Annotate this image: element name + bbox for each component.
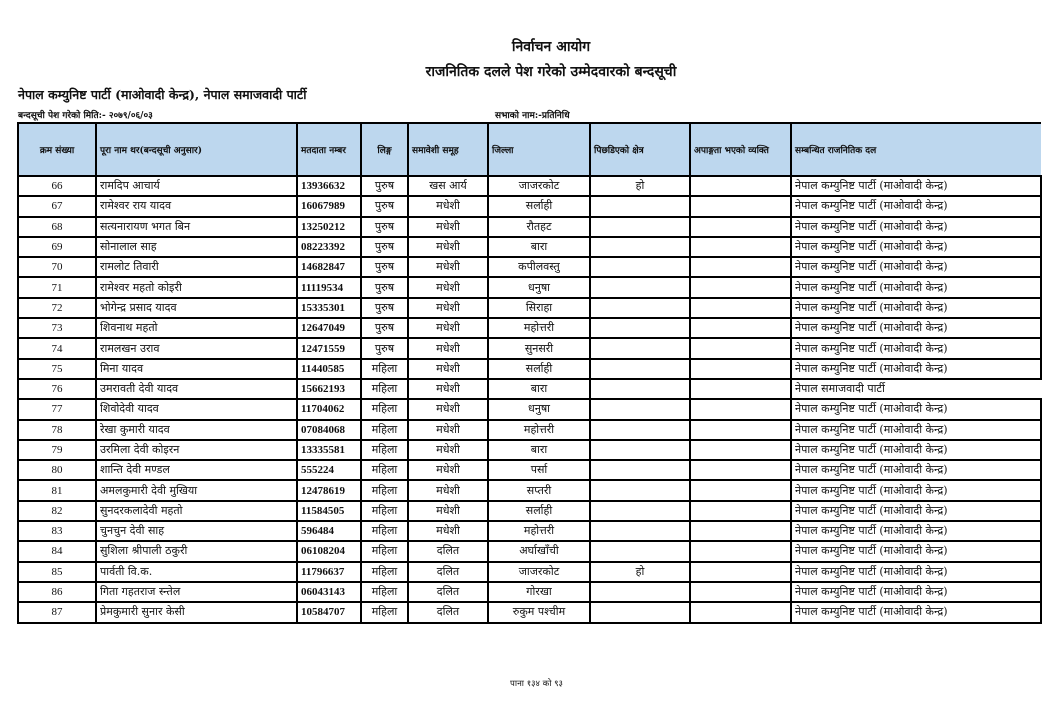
table-row: 79उरमिला देवी कोइरन13335581महिलामधेशीबार… <box>18 440 1041 460</box>
voter-number-cell: 13936632 <box>297 176 361 196</box>
serial-cell: 79 <box>18 440 96 460</box>
table-row: 86गिता गहतराज स्न्तेल06043143महिलादलितगो… <box>18 582 1041 602</box>
inclusive-group-cell: मधेशी <box>408 440 488 460</box>
serial-cell: 85 <box>18 562 96 582</box>
voter-number-cell: 10584707 <box>297 602 361 622</box>
gender-cell: महिला <box>361 521 408 541</box>
district-cell: जाजरकोट <box>488 562 590 582</box>
district-cell: बारा <box>488 379 590 399</box>
table-row: 73शिवनाथ महतो12647049पुरुषमधेशीमहोत्तरीन… <box>18 318 1041 338</box>
table-row: 66रामदिप आचार्य13936632पुरुषखस आर्यजाजरक… <box>18 176 1041 196</box>
disabled-cell <box>690 541 791 561</box>
district-cell: सिराहा <box>488 298 590 318</box>
gender-cell: महिला <box>361 460 408 480</box>
disabled-cell <box>690 237 791 257</box>
house-name: सभाको नाम:-प्रतिनिधि <box>495 108 570 121</box>
name-cell: सत्यनारायण भगत बिन <box>96 217 297 237</box>
backward-area-cell <box>590 298 690 318</box>
name-cell: प्रेमकुमारी सुनार केसी <box>96 602 297 622</box>
gender-cell: महिला <box>361 582 408 602</box>
voter-number-cell: 12471559 <box>297 338 361 358</box>
backward-area-cell <box>590 420 690 440</box>
voter-number-cell: 06108204 <box>297 541 361 561</box>
voter-number-cell: 15335301 <box>297 298 361 318</box>
gender-cell: महिला <box>361 359 408 379</box>
disabled-cell <box>690 277 791 297</box>
party-cell: नेपाल कम्युनिष्ट पार्टी (माओवादी केन्द्र… <box>791 440 1041 460</box>
voter-number-cell: 07084068 <box>297 420 361 440</box>
name-cell: रामेश्वर राय यादव <box>96 196 297 216</box>
name-cell: पार्वती वि.क. <box>96 562 297 582</box>
district-cell: पर्सा <box>488 460 590 480</box>
gender-cell: महिला <box>361 562 408 582</box>
voter-number-cell: 13335581 <box>297 440 361 460</box>
district-cell: महोत्तरी <box>488 420 590 440</box>
table-row: 81अमलकुमारी देवी मुखिया12478619महिलामधेश… <box>18 480 1041 500</box>
inclusive-group-cell: दलित <box>408 602 488 622</box>
table-row: 76उमरावती देवी यादव15662193महिलामधेशीबार… <box>18 379 1041 399</box>
disabled-cell <box>690 298 791 318</box>
table-row: 75मिना यादव11440585महिलामधेशीसर्लाहीनेपा… <box>18 359 1041 379</box>
district-cell: जाजरकोट <box>488 176 590 196</box>
backward-area-cell <box>590 399 690 419</box>
gender-cell: पुरुष <box>361 298 408 318</box>
inclusive-group-cell: मधेशी <box>408 359 488 379</box>
party-cell: नेपाल कम्युनिष्ट पार्टी (माओवादी केन्द्र… <box>791 318 1041 338</box>
column-header-voter-number: मतदाता नम्बर <box>297 123 361 176</box>
serial-cell: 67 <box>18 196 96 216</box>
serial-cell: 68 <box>18 217 96 237</box>
voter-number-cell: 555224 <box>297 460 361 480</box>
inclusive-group-cell: मधेशी <box>408 420 488 440</box>
disabled-cell <box>690 338 791 358</box>
voter-number-cell: 11440585 <box>297 359 361 379</box>
district-cell: सप्तरी <box>488 480 590 500</box>
gender-cell: महिला <box>361 420 408 440</box>
party-cell: नेपाल कम्युनिष्ट पार्टी (माओवादी केन्द्र… <box>791 359 1041 379</box>
serial-cell: 70 <box>18 257 96 277</box>
serial-cell: 87 <box>18 602 96 622</box>
name-cell: शिवनाथ महतो <box>96 318 297 338</box>
voter-number-cell: 11704062 <box>297 399 361 419</box>
name-cell: रामलोट तिवारी <box>96 257 297 277</box>
backward-area-cell <box>590 440 690 460</box>
voter-number-cell: 16067989 <box>297 196 361 216</box>
disabled-cell <box>690 399 791 419</box>
table-row: 84सुशिला श्रीपाली ठकुरी06108204महिलादलित… <box>18 541 1041 561</box>
column-header-disabled: अपाङ्गता भएको व्यक्ति <box>690 123 791 176</box>
district-cell: बारा <box>488 237 590 257</box>
district-cell: महोत्तरी <box>488 318 590 338</box>
disabled-cell <box>690 460 791 480</box>
serial-cell: 75 <box>18 359 96 379</box>
party-cell: नेपाल कम्युनिष्ट पार्टी (माओवादी केन्द्र… <box>791 217 1041 237</box>
backward-area-cell: हो <box>590 176 690 196</box>
name-cell: सुनदरकलादेवी महतो <box>96 501 297 521</box>
inclusive-group-cell: मधेशी <box>408 521 488 541</box>
disabled-cell <box>690 602 791 622</box>
inclusive-group-cell: खस आर्य <box>408 176 488 196</box>
inclusive-group-cell: मधेशी <box>408 480 488 500</box>
table-row: 70रामलोट तिवारी14682847पुरुषमधेशीकपीलवस्… <box>18 257 1041 277</box>
table-row: 82सुनदरकलादेवी महतो11584505महिलामधेशीसर्… <box>18 501 1041 521</box>
serial-cell: 80 <box>18 460 96 480</box>
name-cell: रामलखन उराव <box>96 338 297 358</box>
backward-area-cell <box>590 277 690 297</box>
backward-area-cell <box>590 521 690 541</box>
backward-area-cell <box>590 237 690 257</box>
district-cell: अर्घाखाँची <box>488 541 590 561</box>
voter-number-cell: 13250212 <box>297 217 361 237</box>
district-cell: धनुषा <box>488 399 590 419</box>
district-cell: सर्लाही <box>488 359 590 379</box>
district-cell: महोत्तरी <box>488 521 590 541</box>
submission-date: बन्दसूची पेश गरेको मिति:- २०७९/०६/०३ <box>18 108 153 121</box>
table-row: 78रेखा कुमारी यादव07084068महिलामधेशीमहोत… <box>18 420 1041 440</box>
inclusive-group-cell: मधेशी <box>408 217 488 237</box>
gender-cell: महिला <box>361 440 408 460</box>
voter-number-cell: 14682847 <box>297 257 361 277</box>
serial-cell: 86 <box>18 582 96 602</box>
party-cell: नेपाल समाजवादी पार्टी <box>791 379 1041 399</box>
table-row: 85पार्वती वि.क.11796637महिलादलितजाजरकोटह… <box>18 562 1041 582</box>
inclusive-group-cell: मधेशी <box>408 399 488 419</box>
serial-cell: 73 <box>18 318 96 338</box>
district-cell: धनुषा <box>488 277 590 297</box>
serial-cell: 84 <box>18 541 96 561</box>
backward-area-cell <box>590 379 690 399</box>
name-cell: शिवोदेवी यादव <box>96 399 297 419</box>
serial-cell: 74 <box>18 338 96 358</box>
name-cell: सुशिला श्रीपाली ठकुरी <box>96 541 297 561</box>
backward-area-cell <box>590 196 690 216</box>
disabled-cell <box>690 582 791 602</box>
backward-area-cell <box>590 318 690 338</box>
gender-cell: पुरुष <box>361 176 408 196</box>
backward-area-cell <box>590 501 690 521</box>
voter-number-cell: 12647049 <box>297 318 361 338</box>
table-row: 69सोनालाल साह08223392पुरुषमधेशीबारानेपाल… <box>18 237 1041 257</box>
party-cell: नेपाल कम्युनिष्ट पार्टी (माओवादी केन्द्र… <box>791 480 1041 500</box>
district-cell: सुनसरी <box>488 338 590 358</box>
district-cell: रौतहट <box>488 217 590 237</box>
disabled-cell <box>690 257 791 277</box>
inclusive-group-cell: मधेशी <box>408 338 488 358</box>
column-header-serial: क्रम संख्या <box>18 123 96 176</box>
inclusive-group-cell: मधेशी <box>408 501 488 521</box>
gender-cell: पुरुष <box>361 338 408 358</box>
party-cell: नेपाल कम्युनिष्ट पार्टी (माओवादी केन्द्र… <box>791 338 1041 358</box>
voter-number-cell: 11796637 <box>297 562 361 582</box>
inclusive-group-cell: मधेशी <box>408 257 488 277</box>
backward-area-cell <box>590 480 690 500</box>
disabled-cell <box>690 440 791 460</box>
column-header-party: सम्बन्धित राजनितिक दल <box>791 123 1041 176</box>
gender-cell: महिला <box>361 602 408 622</box>
name-cell: मिना यादव <box>96 359 297 379</box>
backward-area-cell <box>590 582 690 602</box>
serial-cell: 66 <box>18 176 96 196</box>
column-header-gender: लिङ्ग <box>361 123 408 176</box>
commission-title: निर्वाचन आयोग <box>0 37 1056 56</box>
backward-area-cell: हो <box>590 562 690 582</box>
serial-cell: 69 <box>18 237 96 257</box>
party-cell: नेपाल कम्युनिष्ट पार्टी (माओवादी केन्द्र… <box>791 521 1041 541</box>
column-header-inclusive-group: समावेशी समूह <box>408 123 488 176</box>
party-cell: नेपाल कम्युनिष्ट पार्टी (माओवादी केन्द्र… <box>791 277 1041 297</box>
party-cell: नेपाल कम्युनिष्ट पार्टी (माओवादी केन्द्र… <box>791 501 1041 521</box>
voter-number-cell: 12478619 <box>297 480 361 500</box>
party-cell: नेपाल कम्युनिष्ट पार्टी (माओवादी केन्द्र… <box>791 196 1041 216</box>
serial-cell: 81 <box>18 480 96 500</box>
backward-area-cell <box>590 257 690 277</box>
inclusive-group-cell: मधेशी <box>408 318 488 338</box>
disabled-cell <box>690 217 791 237</box>
party-cell: नेपाल कम्युनिष्ट पार्टी (माओवादी केन्द्र… <box>791 562 1041 582</box>
inclusive-group-cell: मधेशी <box>408 379 488 399</box>
table-header-row: क्रम संख्या पूरा नाम थर(बन्दसूची अनुसार)… <box>18 123 1041 176</box>
gender-cell: पुरुष <box>361 237 408 257</box>
disabled-cell <box>690 359 791 379</box>
name-cell: रामेश्वर महतो कोइरी <box>96 277 297 297</box>
inclusive-group-cell: मधेशी <box>408 277 488 297</box>
disabled-cell <box>690 318 791 338</box>
table-row: 77शिवोदेवी यादव11704062महिलामधेशीधनुषाने… <box>18 399 1041 419</box>
gender-cell: पुरुष <box>361 318 408 338</box>
party-cell: नेपाल कम्युनिष्ट पार्टी (माओवादी केन्द्र… <box>791 176 1041 196</box>
backward-area-cell <box>590 217 690 237</box>
name-cell: उमरावती देवी यादव <box>96 379 297 399</box>
party-cell: नेपाल कम्युनिष्ट पार्टी (माओवादी केन्द्र… <box>791 399 1041 419</box>
inclusive-group-cell: दलित <box>408 582 488 602</box>
gender-cell: महिला <box>361 399 408 419</box>
district-cell: कपीलवस्तु <box>488 257 590 277</box>
name-cell: भोगेन्द्र प्रसाद यादव <box>96 298 297 318</box>
column-header-backward-area: पिछडिएको क्षेत्र <box>590 123 690 176</box>
serial-cell: 72 <box>18 298 96 318</box>
serial-cell: 77 <box>18 399 96 419</box>
voter-number-cell: 596484 <box>297 521 361 541</box>
party-cell: नेपाल कम्युनिष्ट पार्टी (माओवादी केन्द्र… <box>791 602 1041 622</box>
name-cell: रामदिप आचार्य <box>96 176 297 196</box>
district-cell: रुकुम पश्चीम <box>488 602 590 622</box>
gender-cell: महिला <box>361 480 408 500</box>
district-cell: गोरखा <box>488 582 590 602</box>
page-number: पाना १३४ को ९३ <box>0 678 1056 689</box>
party-cell: नेपाल कम्युनिष्ट पार्टी (माओवादी केन्द्र… <box>791 541 1041 561</box>
gender-cell: महिला <box>361 541 408 561</box>
serial-cell: 71 <box>18 277 96 297</box>
party-cell: नेपाल कम्युनिष्ट पार्टी (माओवादी केन्द्र… <box>791 257 1041 277</box>
disabled-cell <box>690 480 791 500</box>
name-cell: गिता गहतराज स्न्तेल <box>96 582 297 602</box>
serial-cell: 83 <box>18 521 96 541</box>
name-cell: रेखा कुमारी यादव <box>96 420 297 440</box>
inclusive-group-cell: मधेशी <box>408 196 488 216</box>
gender-cell: पुरुष <box>361 257 408 277</box>
party-cell: नेपाल कम्युनिष्ट पार्टी (माओवादी केन्द्र… <box>791 582 1041 602</box>
backward-area-cell <box>590 602 690 622</box>
voter-number-cell: 11119534 <box>297 277 361 297</box>
candidate-table: क्रम संख्या पूरा नाम थर(बन्दसूची अनुसार)… <box>17 122 1042 624</box>
table-row: 67रामेश्वर राय यादव16067989पुरुषमधेशीसर्… <box>18 196 1041 216</box>
disabled-cell <box>690 196 791 216</box>
name-cell: चुनचुन देवी साह <box>96 521 297 541</box>
name-cell: सोनालाल साह <box>96 237 297 257</box>
party-cell: नेपाल कम्युनिष्ट पार्टी (माओवादी केन्द्र… <box>791 298 1041 318</box>
voter-number-cell: 08223392 <box>297 237 361 257</box>
backward-area-cell <box>590 338 690 358</box>
table-row: 83चुनचुन देवी साह596484महिलामधेशीमहोत्तर… <box>18 521 1041 541</box>
disabled-cell <box>690 420 791 440</box>
party-cell: नेपाल कम्युनिष्ट पार्टी (माओवादी केन्द्र… <box>791 237 1041 257</box>
name-cell: उरमिला देवी कोइरन <box>96 440 297 460</box>
disabled-cell <box>690 521 791 541</box>
backward-area-cell <box>590 541 690 561</box>
voter-number-cell: 15662193 <box>297 379 361 399</box>
table-row: 87प्रेमकुमारी सुनार केसी10584707महिलादलि… <box>18 602 1041 622</box>
backward-area-cell <box>590 460 690 480</box>
inclusive-group-cell: मधेशी <box>408 460 488 480</box>
table-row: 72भोगेन्द्र प्रसाद यादव15335301पुरुषमधेश… <box>18 298 1041 318</box>
party-cell: नेपाल कम्युनिष्ट पार्टी (माओवादी केन्द्र… <box>791 420 1041 440</box>
inclusive-group-cell: दलित <box>408 541 488 561</box>
column-header-district: जिल्ला <box>488 123 590 176</box>
inclusive-group-cell: मधेशी <box>408 237 488 257</box>
inclusive-group-cell: दलित <box>408 562 488 582</box>
serial-cell: 76 <box>18 379 96 399</box>
table-row: 71रामेश्वर महतो कोइरी11119534पुरुषमधेशीध… <box>18 277 1041 297</box>
gender-cell: महिला <box>361 501 408 521</box>
document-title: राजनितिक दलले पेश गरेको उम्मेदवारको बन्द… <box>0 62 1056 81</box>
disabled-cell <box>690 176 791 196</box>
inclusive-group-cell: मधेशी <box>408 298 488 318</box>
party-names: नेपाल कम्युनिष्ट पार्टी (माओवादी केन्द्र… <box>18 86 306 103</box>
voter-number-cell: 06043143 <box>297 582 361 602</box>
gender-cell: पुरुष <box>361 277 408 297</box>
name-cell: शान्ति देवी मण्डल <box>96 460 297 480</box>
table-row: 68सत्यनारायण भगत बिन13250212पुरुषमधेशीरौ… <box>18 217 1041 237</box>
disabled-cell <box>690 562 791 582</box>
district-cell: सर्लाही <box>488 501 590 521</box>
table-row: 74रामलखन उराव12471559पुरुषमधेशीसुनसरीनेप… <box>18 338 1041 358</box>
serial-cell: 82 <box>18 501 96 521</box>
backward-area-cell <box>590 359 690 379</box>
district-cell: सर्लाही <box>488 196 590 216</box>
column-header-name: पूरा नाम थर(बन्दसूची अनुसार) <box>96 123 297 176</box>
gender-cell: महिला <box>361 379 408 399</box>
party-cell: नेपाल कम्युनिष्ट पार्टी (माओवादी केन्द्र… <box>791 460 1041 480</box>
gender-cell: पुरुष <box>361 217 408 237</box>
disabled-cell <box>690 379 791 399</box>
disabled-cell <box>690 501 791 521</box>
serial-cell: 78 <box>18 420 96 440</box>
voter-number-cell: 11584505 <box>297 501 361 521</box>
table-row: 80शान्ति देवी मण्डल555224महिलामधेशीपर्सा… <box>18 460 1041 480</box>
gender-cell: पुरुष <box>361 196 408 216</box>
district-cell: बारा <box>488 440 590 460</box>
name-cell: अमलकुमारी देवी मुखिया <box>96 480 297 500</box>
